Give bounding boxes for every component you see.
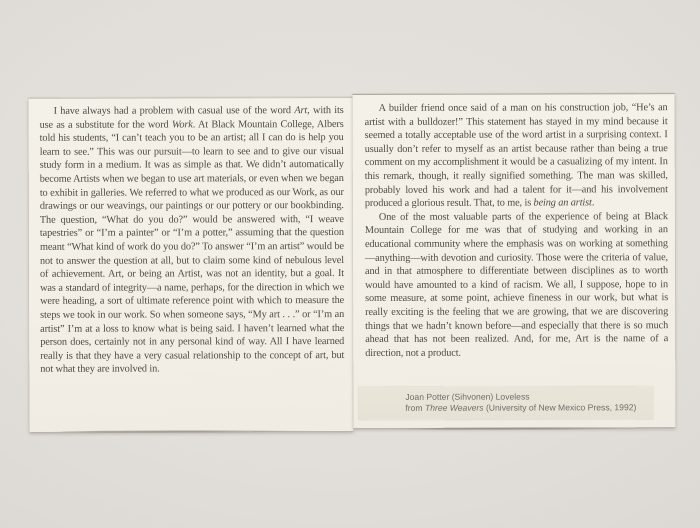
attribution-author: Joan Potter (Sihvonen) Loveless	[405, 391, 649, 403]
right-paragraph-2: One of the most valuable parts of the ex…	[365, 210, 668, 360]
right-clipping-bottom-shadow	[390, 427, 655, 430]
left-paragraph: I have always had a problem with casual …	[40, 104, 345, 377]
left-clipping-bottom-shadow	[48, 430, 318, 433]
attribution-strip: Joan Potter (Sihvonen) Loveless from Thr…	[358, 386, 653, 420]
paper-group: I have always had a problem with casual …	[0, 0, 700, 528]
right-paragraph-1: A builder friend once said of a man on h…	[365, 101, 668, 211]
left-text-clipping: I have always had a problem with casual …	[29, 97, 354, 432]
attribution-source: from Three Weavers (University of New Me…	[405, 402, 649, 414]
right-text-clipping: A builder friend once said of a man on h…	[353, 93, 676, 428]
scanned-document-photo: I have always had a problem with casual …	[0, 0, 700, 528]
